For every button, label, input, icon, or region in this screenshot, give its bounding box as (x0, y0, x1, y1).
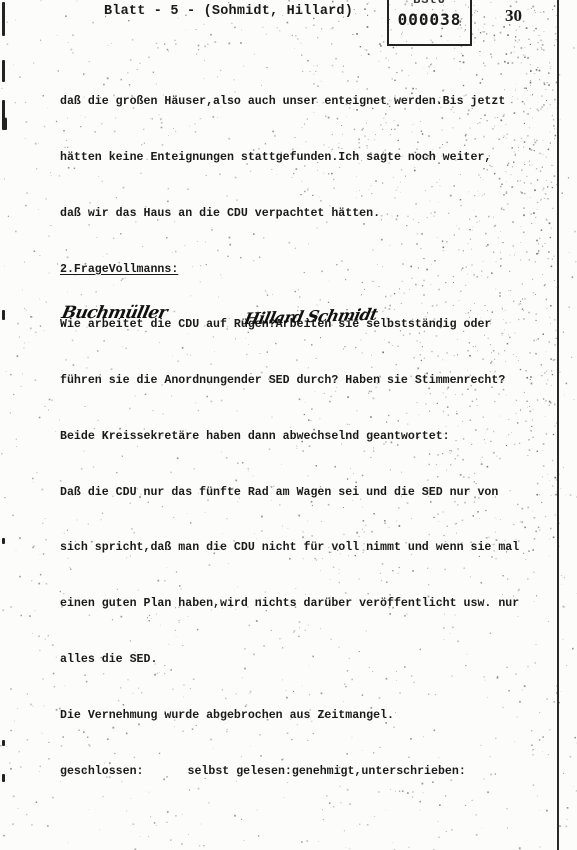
text-line: Daß die CDU nur das fünfte Rad am Wagen … (60, 484, 555, 503)
left-binding-marks (2, 0, 8, 850)
text-line: Die Vernehmung wurde abgebrochen aus Zei… (60, 707, 555, 726)
text-line: daß die großen Häuser,also auch unser en… (60, 93, 555, 112)
text-line: alles die SED. (60, 651, 555, 670)
text-line: sich spricht,daß man die CDU nicht für v… (60, 539, 555, 558)
closing-line: geschlossen:selbst gelesen:genehmigt,unt… (60, 763, 555, 782)
text-line: Beide Kreissekretäre haben dann abwechse… (60, 428, 555, 447)
stamp-label: BStU (389, 0, 470, 7)
text-line: hätten keine Enteignungen stattgefunden.… (60, 149, 555, 168)
question-heading: 2.FrageVollmanns: (60, 261, 555, 280)
page-header: Blatt - 5 - (Sohmidt, Hillard) (104, 4, 353, 19)
text-line: daß wir das Haus an die CDU verpachtet h… (60, 205, 555, 224)
closing-right-label: selbst gelesen:genehmigt,unterschrieben: (188, 765, 466, 778)
page-border-right (557, 0, 559, 850)
text-line: einen guten Plan haben,wird nichts darüb… (60, 595, 555, 614)
signature-left: Buchmüller (60, 303, 169, 323)
document-body: daß die großen Häuser,also auch unser en… (60, 56, 555, 818)
archive-stamp: BStU 000038 (387, 0, 472, 46)
stamp-number: 000038 (389, 10, 470, 29)
closing-left-label: geschlossen: (60, 765, 144, 778)
text-line: führen sie die Anordnungender SED durch?… (60, 372, 555, 391)
document-page: Blatt - 5 - (Sohmidt, Hillard) BStU 0000… (0, 0, 577, 850)
folio-number: 30 (505, 6, 522, 26)
